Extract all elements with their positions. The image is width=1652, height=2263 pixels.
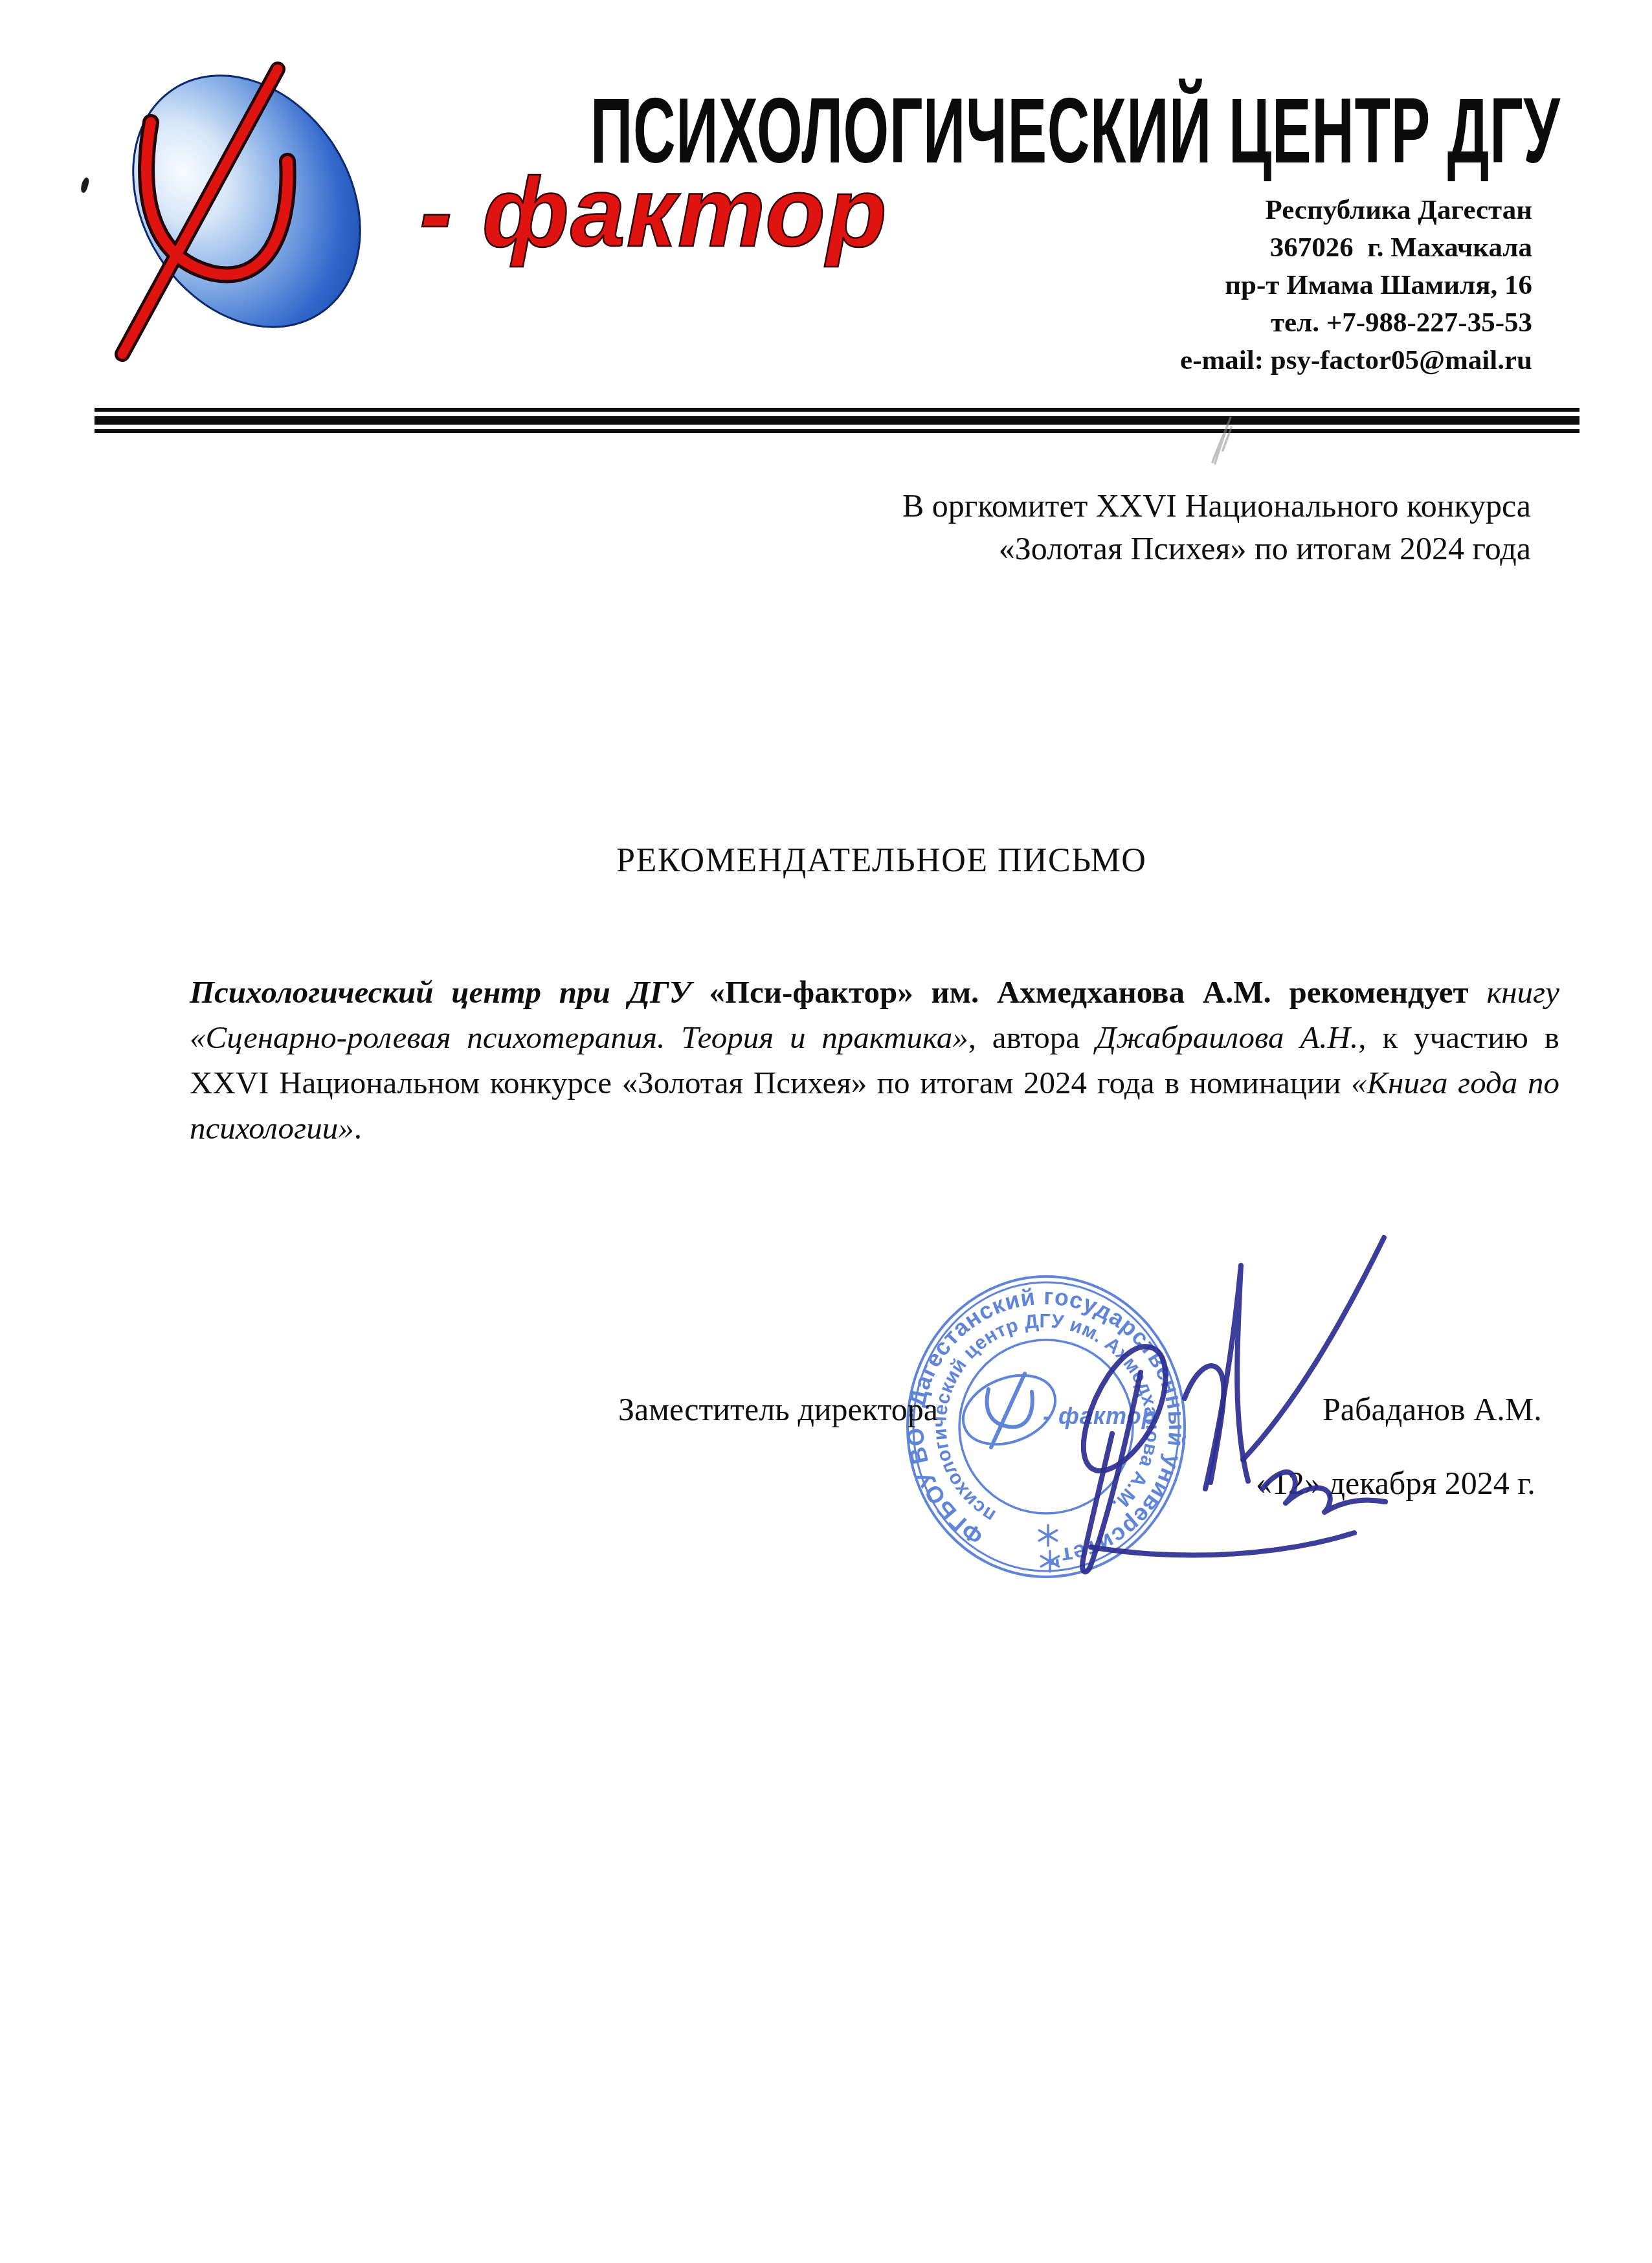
body-segment: «Пси-фактор» им. Ахмедханова А.М. рекоме… xyxy=(691,974,1487,1010)
body-segment: книгу xyxy=(1486,974,1559,1010)
divider-rule-bottom xyxy=(95,429,1579,433)
letter-body: Психологический центр при ДГУ «Пси-факто… xyxy=(190,970,1559,1151)
address-line-city: 367026 г. Махачкала xyxy=(1180,229,1532,267)
recipient-block: В оргкомитет XXVI Национального конкурса… xyxy=(902,484,1531,570)
address-line-region: Республика Дагестан xyxy=(1180,192,1532,229)
address-line-phone: тел. +7-988-227-35-53 xyxy=(1180,304,1532,342)
signer-position-label: Заместитель директора xyxy=(618,1390,938,1428)
address-line-street: пр-т Имама Шамиля, 16 xyxy=(1180,267,1532,304)
body-segment: Джабраилова А.Н. xyxy=(1096,1020,1358,1055)
address-line-email: e-mail: psy-factor05@mail.ru xyxy=(1180,342,1532,379)
address-block: Республика Дагестан 367026 г. Махачкала … xyxy=(1180,192,1532,379)
body-segment: , автора xyxy=(968,1020,1096,1055)
scan-smudge xyxy=(1194,412,1253,470)
psi-factor-logo xyxy=(97,45,408,369)
body-segment: . xyxy=(354,1110,362,1146)
letter-title: РЕКОМЕНДАТЕЛЬНОЕ ПИСЬМО xyxy=(616,842,1146,880)
divider-rule-middle xyxy=(95,416,1579,425)
recipient-line-2: «Золотая Психея» по итогам 2024 года xyxy=(902,527,1531,570)
letter-page: - фактор ПСИХОЛОГИЧЕСКИЙ ЦЕНТР ДГУ Респу… xyxy=(0,0,1652,2263)
divider-rule-top xyxy=(95,408,1579,412)
handwritten-signature xyxy=(900,1210,1418,1586)
body-segment: Психологический центр при ДГУ xyxy=(190,974,691,1010)
recipient-line-1: В оргкомитет XXVI Национального конкурса xyxy=(902,484,1531,527)
body-segment: «Сценарно-ролевая психотерапия. Теория и… xyxy=(190,1020,968,1055)
scan-fleck xyxy=(80,177,91,194)
org-title: ПСИХОЛОГИЧЕСКИЙ ЦЕНТР ДГУ xyxy=(590,83,1561,180)
header-divider xyxy=(95,408,1579,433)
